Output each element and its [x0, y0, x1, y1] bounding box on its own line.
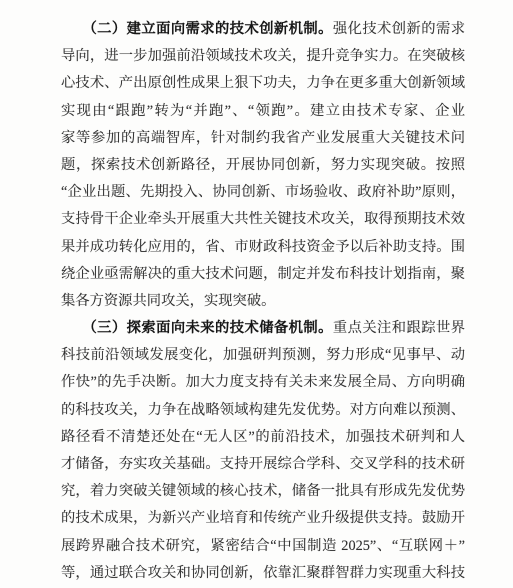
paragraph-heading: （三）探索面向未来的技术储备机制。 — [82, 320, 332, 336]
text-line: 题，探索技术创新路径，开展协同创新，努力实现突破。按照 — [61, 152, 465, 179]
text-line: 作快”的先手决断。加大力度支持有关未来发展全局、方向明确 — [61, 369, 465, 396]
text-line: 的科技攻关，力争在战略领域构建先发优势。对方向难以预测、 — [61, 397, 465, 424]
text-line: 展跨界融合技术研究，紧密结合“中国制造 2025”、“互联网＋” — [61, 533, 465, 560]
document-text-block: （二）建立面向需求的技术创新机制。强化技术创新的需求导向，进一步加强前沿领域技术… — [61, 16, 465, 587]
paragraph-section-2: （二）建立面向需求的技术创新机制。强化技术创新的需求导向，进一步加强前沿领域技术… — [61, 16, 465, 315]
text-line: 的技术成果，为新兴产业培育和传统产业升级提供支持。鼓励开 — [61, 505, 465, 532]
paragraph-section-3: （三）探索面向未来的技术储备机制。重点关注和跟踪世界科技前沿领域发展变化，加强研… — [61, 315, 465, 587]
paragraph-first-line: （三）探索面向未来的技术储备机制。重点关注和跟踪世界 — [61, 315, 465, 342]
text-line: 绕企业亟需解决的重大技术问题，制定并发布科技计划指南，聚 — [61, 261, 465, 288]
text-line: 家等参加的高端智库，针对制约我省产业发展重大关键技术问 — [61, 125, 465, 152]
paragraph-heading-line-rest: 强化技术创新的需求 — [333, 21, 465, 37]
paragraph-heading: （二）建立面向需求的技术创新机制。 — [82, 21, 332, 37]
paragraph-first-line: （二）建立面向需求的技术创新机制。强化技术创新的需求 — [61, 16, 465, 43]
text-line: 究，着力突破关键领域的核心技术，储备一批具有形成先发优势 — [61, 478, 465, 505]
document-page: （二）建立面向需求的技术创新机制。强化技术创新的需求导向，进一步加强前沿领域技术… — [0, 0, 513, 588]
text-line: “企业出题、先期投入、协同创新、市场验收、政府补助”原则， — [61, 179, 465, 206]
text-line: 科技前沿领域发展变化，加强研判预测，努力形成“见事早、动 — [61, 342, 465, 369]
text-line: 才储备，夯实攻关基础。支持开展综合学科、交叉学科的技术研 — [61, 451, 465, 478]
text-line: 实现由“跟跑”转为“并跑”、“领跑”。建立由技术专家、企业 — [61, 98, 465, 125]
text-line: 导向，进一步加强前沿领域技术攻关，提升竞争实力。在突破核 — [61, 43, 465, 70]
text-line: 支持骨干企业牵头开展重大共性关键技术攻关，取得预期技术效 — [61, 206, 465, 233]
text-line: 心技术、产出原创性成果上狠下功夫，力争在更多重大创新领域 — [61, 70, 465, 97]
paragraph-heading-line-rest: 重点关注和跟踪世界 — [333, 320, 465, 336]
text-line: 路径看不清楚还处在“无人区”的前沿技术，加强技术研判和人 — [61, 424, 465, 451]
text-line: 等，通过联合攻关和协同创新，依靠汇聚群智群力实现重大科技 — [61, 560, 465, 587]
text-line: 果并成功转化应用的，省、市财政科技资金予以后补助支持。围 — [61, 234, 465, 261]
text-line: 集各方资源共同攻关，实现突破。 — [61, 288, 465, 315]
